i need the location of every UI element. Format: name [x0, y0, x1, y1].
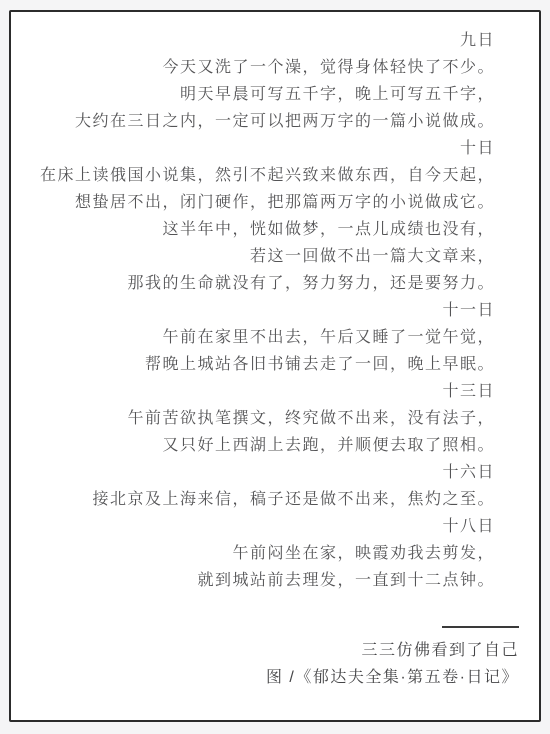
diary-body-line: 明天早晨可写五千字，晚上可写五千字，: [11, 81, 495, 108]
footer-text-block: 三三仿佛看到了自己 图 /《郁达夫全集·第五卷·日记》: [11, 637, 519, 691]
diary-date-line: 十八日: [11, 513, 495, 540]
diary-body-line: 又只好上西湖上去跑，并顺便去取了照相。: [11, 432, 495, 459]
diary-quote-frame: 九日 今天又洗了一个澡，觉得身体轻快了不少。 明天早晨可写五千字，晚上可写五千字…: [9, 10, 541, 722]
diary-body-line: 接北京及上海来信，稿子还是做不出来，焦灼之至。: [11, 486, 495, 513]
diary-date-line: 十六日: [11, 459, 495, 486]
diary-body-line: 午前在家里不出去，午后又睡了一觉午觉，: [11, 324, 495, 351]
diary-text-block: 九日 今天又洗了一个澡，觉得身体轻快了不少。 明天早晨可写五千字，晚上可写五千字…: [11, 27, 539, 594]
diary-date-line: 九日: [11, 27, 495, 54]
diary-body-line: 就到城站前去理发，一直到十二点钟。: [11, 567, 495, 594]
diary-body-line: 这半年中，恍如做梦，一点儿成绩也没有，: [11, 216, 495, 243]
diary-body-line: 大约在三日之内，一定可以把两万字的一篇小说做成。: [11, 108, 495, 135]
diary-body-line: 午前闷坐在家，映霞劝我去剪发，: [11, 540, 495, 567]
diary-date-line: 十日: [11, 135, 495, 162]
diary-body-line: 想蛰居不出，闭门硬作，把那篇两万字的小说做成它。: [11, 189, 495, 216]
diary-body-line: 今天又洗了一个澡，觉得身体轻快了不少。: [11, 54, 495, 81]
diary-body-line: 在床上读俄国小说集，然引不起兴致来做东西，自今天起，: [11, 162, 495, 189]
footer-block: 三三仿佛看到了自己 图 /《郁达夫全集·第五卷·日记》: [11, 626, 539, 691]
footer-divider: [442, 626, 519, 628]
diary-date-line: 十一日: [11, 297, 495, 324]
diary-body-line: 若这一回做不出一篇大文章来，: [11, 243, 495, 270]
diary-body-line: 那我的生命就没有了，努力努力，还是要努力。: [11, 270, 495, 297]
diary-body-line: 帮晚上城站各旧书铺去走了一回，晚上早眠。: [11, 351, 495, 378]
footer-caption-line: 三三仿佛看到了自己: [11, 637, 519, 664]
footer-credit-line: 图 /《郁达夫全集·第五卷·日记》: [11, 664, 519, 691]
diary-body-line: 午前苦欲执笔撰文，终究做不出来，没有法子，: [11, 405, 495, 432]
diary-date-line: 十三日: [11, 378, 495, 405]
quote-card-page: 九日 今天又洗了一个澡，觉得身体轻快了不少。 明天早晨可写五千字，晚上可写五千字…: [0, 0, 550, 734]
